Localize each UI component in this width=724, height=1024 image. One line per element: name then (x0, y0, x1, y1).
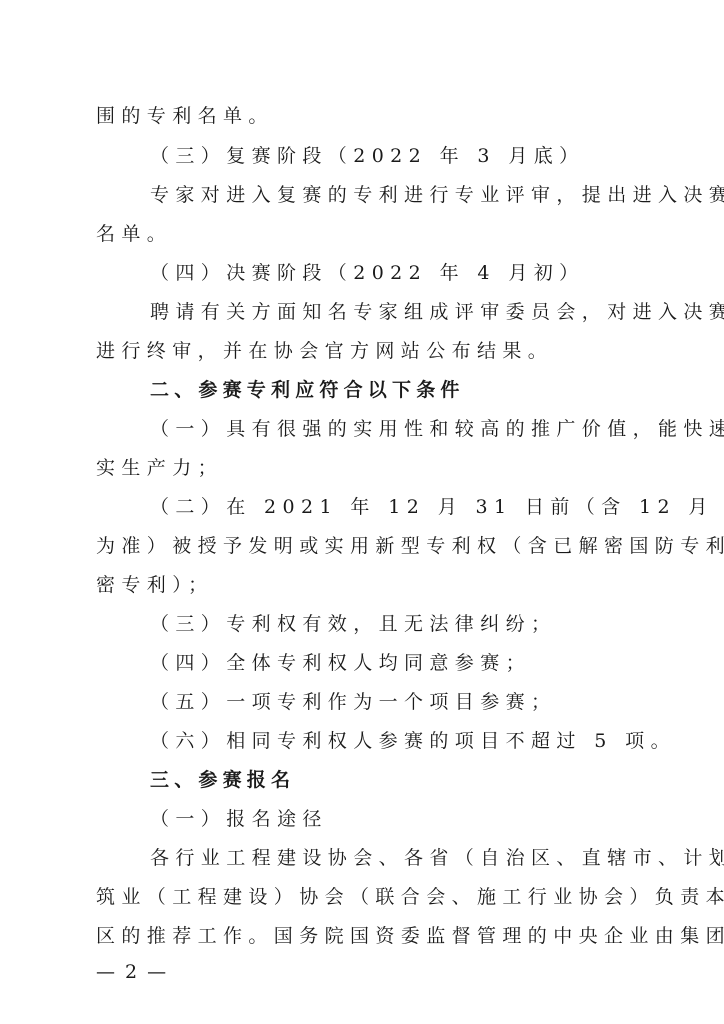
text-line: （五）一项专利作为一个项目参赛； (150, 690, 690, 714)
text-line: 实生产力； (96, 456, 636, 480)
text-line: 围的专利名单。 (96, 104, 636, 128)
text-line: 为准）被授予发明或实用新型专利权（含已解密国防专利，不含保 (96, 534, 636, 558)
text-line: （一）具有很强的实用性和较高的推广价值，能快速转化为现 (150, 417, 690, 441)
text-line: 区的推荐工作。国务院国资委监督管理的中央企业由集团公司 (96, 924, 636, 948)
text-line: 筑业（工程建设）协会（联合会、施工行业协会）负责本行业或本地 (96, 885, 636, 909)
text-line: 进行终审，并在协会官方网站公布结果。 (96, 339, 636, 363)
page-number: — 2 — (96, 960, 168, 984)
text-line: 专家对进入复赛的专利进行专业评审，提出进入决赛的专利 (150, 183, 690, 207)
subsection-heading: （一）报名途径 (150, 807, 690, 831)
document-page: 围的专利名单。 （三）复赛阶段（2022 年 3 月底） 专家对进入复赛的专利进… (0, 0, 724, 1024)
section-heading: 三、参赛报名 (150, 768, 690, 792)
subsection-heading: （三）复赛阶段（2022 年 3 月底） (150, 144, 690, 168)
text-line: （六）相同专利权人参赛的项目不超过 5 项。 (150, 729, 690, 753)
text-line: 名单。 (96, 222, 636, 246)
text-line: 各行业工程建设协会、各省（自治区、直辖市、计划单列市）建 (150, 846, 690, 870)
subsection-heading: （四）决赛阶段（2022 年 4 月初） (150, 261, 690, 285)
section-heading: 二、参赛专利应符合以下条件 (150, 378, 690, 402)
text-line: （二）在 2021 年 12 月 31 日前（含 12 月 31 日，以授权公告… (150, 495, 690, 519)
text-line: 聘请有关方面知名专家组成评审委员会，对进入决赛的专利 (150, 300, 690, 324)
text-line: （三）专利权有效，且无法律纠纷； (150, 612, 690, 636)
text-line: 密专利）； (96, 573, 636, 597)
text-line: （四）全体专利权人均同意参赛； (150, 651, 690, 675)
